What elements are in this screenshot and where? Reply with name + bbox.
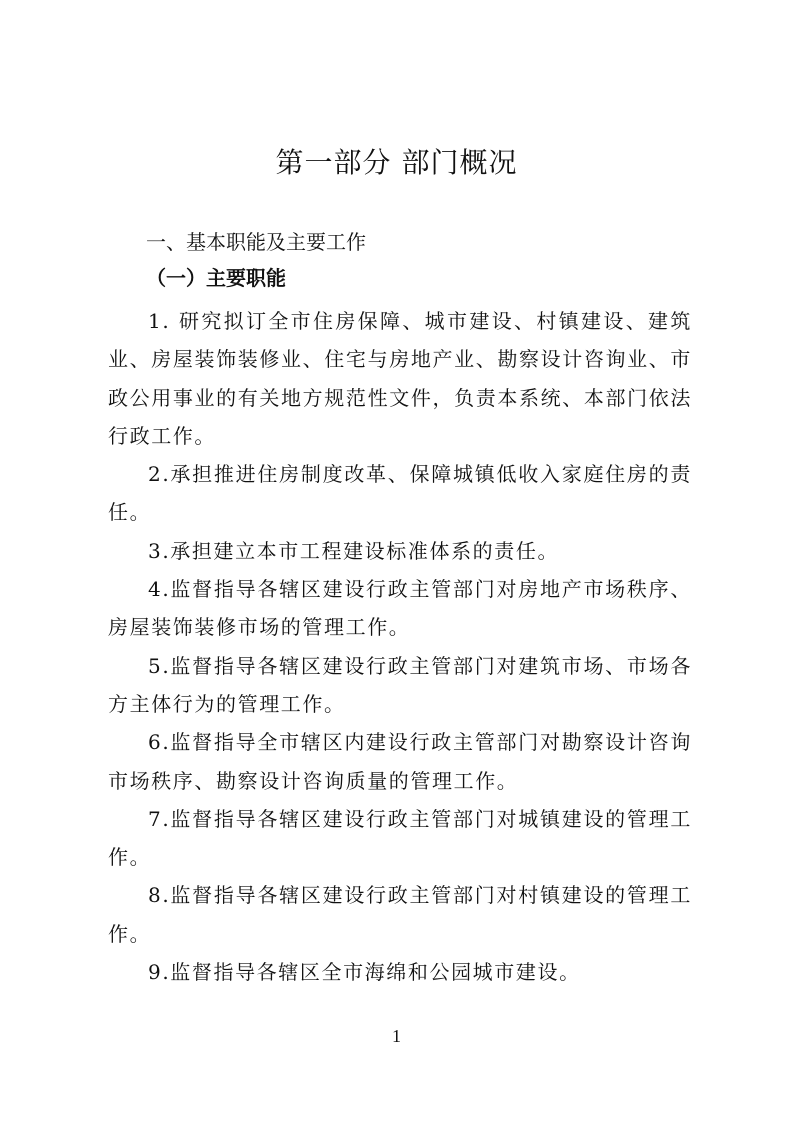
body-text: 1. 研究拟订全市住房保障、城市建设、村镇建设、建筑业、房屋装饰装修业、住宅与房… xyxy=(108,302,692,991)
paragraph-1: 1. 研究拟订全市住房保障、城市建设、村镇建设、建筑业、房屋装饰装修业、住宅与房… xyxy=(108,302,692,455)
paragraph-5: 5.监督指导各辖区建设行政主管部门对建筑市场、市场各方主体行为的管理工作。 xyxy=(108,647,692,724)
paragraph-4: 4.监督指导各辖区建设行政主管部门对房地产市场秩序、房屋装饰装修市场的管理工作。 xyxy=(108,570,692,647)
paragraph-7: 7.监督指导各辖区建设行政主管部门对城镇建设的管理工作。 xyxy=(108,800,692,877)
subsection-heading: （一）主要职能 xyxy=(146,264,286,292)
paragraph-9: 9.监督指导各辖区全市海绵和公园城市建设。 xyxy=(108,953,692,991)
paragraph-3: 3.承担建立本市工程建设标准体系的责任。 xyxy=(108,532,692,570)
page-title: 第一部分 部门概况 xyxy=(0,143,793,183)
paragraph-6: 6.监督指导全市辖区内建设行政主管部门对勘察设计咨询市场秩序、勘察设计咨询质量的… xyxy=(108,723,692,800)
section-heading: 一、基本职能及主要工作 xyxy=(146,228,366,256)
page-number: 1 xyxy=(0,1024,793,1048)
paragraph-2: 2.承担推进住房制度改革、保障城镇低收入家庭住房的责任。 xyxy=(108,455,692,532)
document-page: 第一部分 部门概况 一、基本职能及主要工作 （一）主要职能 1. 研究拟订全市住… xyxy=(0,0,793,1122)
paragraph-8: 8.监督指导各辖区建设行政主管部门对村镇建设的管理工作。 xyxy=(108,876,692,953)
